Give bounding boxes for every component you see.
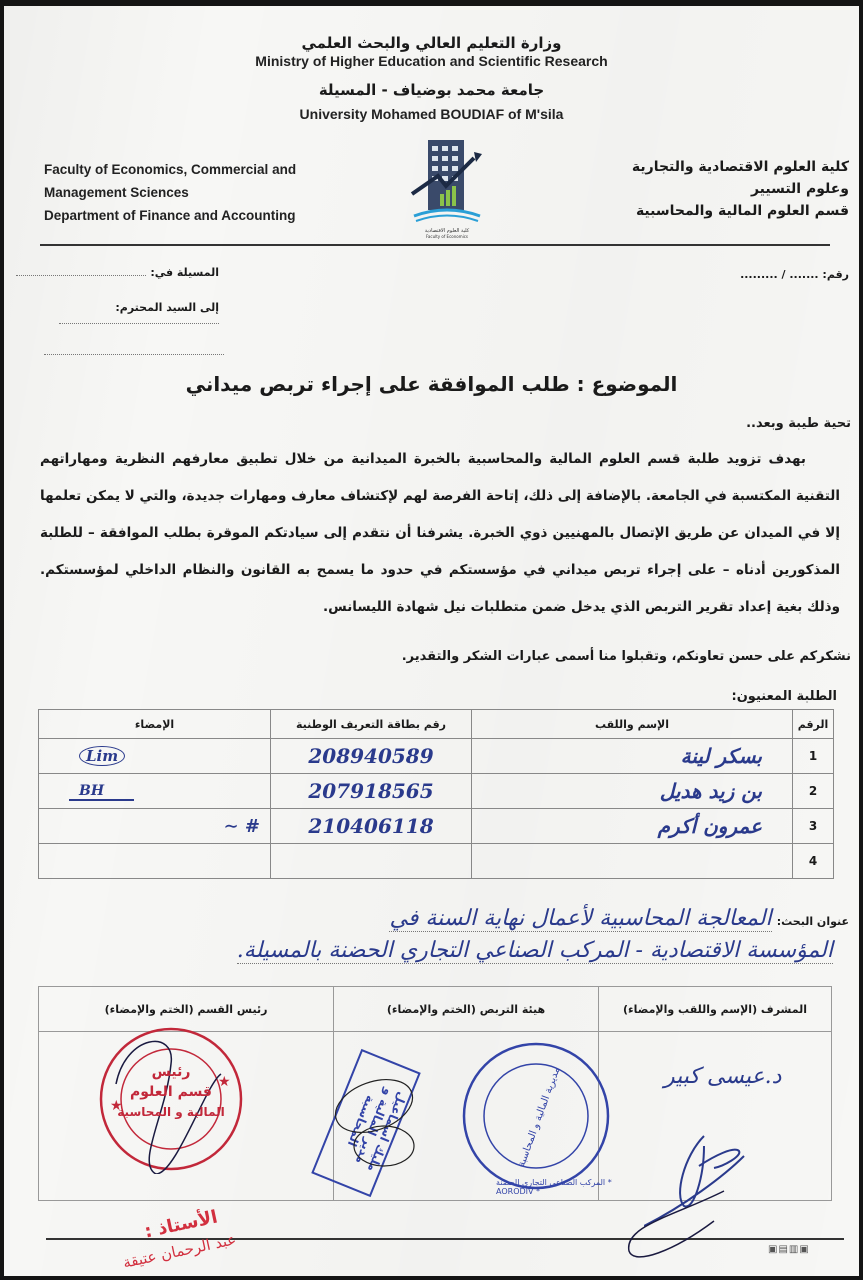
- supervisor-name: د.عيسى كبير: [664, 1064, 781, 1089]
- student-id: 207918565: [271, 774, 472, 809]
- faculty-ar-line1: كلية العلوم الاقتصادية والتجارية: [549, 156, 849, 178]
- footer-code-mark: ▣▤▥▣: [768, 1244, 810, 1255]
- header-num: الرقم: [793, 710, 834, 739]
- department-head-stamp-text: رئيس قسم العلوم المالية و المحاسبة: [96, 1062, 246, 1122]
- students-label: الطلبة المعنيون:: [732, 689, 837, 704]
- recipient-blank: [59, 323, 219, 324]
- student-id: 208940589: [271, 739, 472, 774]
- ministry-english: Ministry of Higher Education and Scienti…: [4, 53, 859, 69]
- student-signature: Lim: [39, 739, 271, 774]
- student-name: بن زيد هديل: [472, 774, 793, 809]
- faculty-en-line3: Department of Finance and Accounting: [44, 204, 296, 227]
- student-name: بسكر لينة: [472, 739, 793, 774]
- recipient-field: إلى السيد المحترم:: [4, 301, 219, 327]
- research-title-label: عنوان البحث:: [777, 915, 849, 928]
- closing-line: نشكركم على حسن تعاونكم، وتقبلوا منا أسمى…: [402, 649, 851, 664]
- university-arabic: جامعة محمد بوضياف - المسيلة: [4, 81, 859, 99]
- university-english: University Mohamed BOUDIAF of M'sila: [4, 106, 859, 122]
- header-supervisor: المشرف (الإسم واللقب والإمضاء): [599, 987, 832, 1032]
- faculty-ar-line3: قسم العلوم المالية والمحاسبية: [549, 200, 849, 222]
- place-date-label: المسيلة في:: [150, 266, 219, 279]
- table-row: 3 عمرون أكرم 210406118 # ∽: [39, 809, 834, 844]
- svg-text:Faculty of Economics: Faculty of Economics: [426, 234, 468, 239]
- faculty-english: Faculty of Economics, Commercial and Man…: [44, 158, 296, 227]
- table-row: 1 بسكر لينة 208940589 Lim: [39, 739, 834, 774]
- research-title-line1: المعالجة المحاسبية لأعمال نهاية السنة في: [389, 906, 771, 932]
- greeting: تحية طيبة وبعد..: [746, 416, 851, 431]
- table-row: 2 بن زيد هديل 207918565 BH: [39, 774, 834, 809]
- faculty-logo: كلية العلوم الاقتصادية Faculty of Econom…: [402, 136, 492, 240]
- department-head-stamp: ★ ★ رئيس قسم العلوم المالية و المحاسبة: [96, 1024, 246, 1174]
- faculty-ar-line2: وعلوم التسيير: [549, 178, 849, 200]
- svg-text:مديرية المالية و المحاسبة: مديرية المالية و المحاسبة: [516, 1066, 562, 1169]
- professor-stamp-name: عبد الرحمان عتيقة: [121, 1230, 237, 1272]
- host-round-stamp: مديرية المالية و المحاسبة المركب الصناعي…: [456, 1036, 616, 1196]
- signature-tail-icon: [614, 1186, 734, 1266]
- header-id: رقم بطاقة التعريف الوطنية: [271, 710, 472, 739]
- header-divider: [40, 244, 830, 246]
- document-page: وزارة التعليم العالي والبحث العلمي Minis…: [4, 6, 859, 1276]
- body-paragraph: بهدف تزويد طلبة قسم العلوم المالية والمح…: [40, 441, 840, 626]
- subject-title: الموضوع : طلب الموافقة على إجراء تربص مي…: [4, 372, 859, 396]
- header-host-organization: هيئة التربص (الختم والإمضاء): [334, 987, 599, 1032]
- student-name: عمرون أكرم: [472, 809, 793, 844]
- host-round-stamp-ring-text: المركب الصناعي التجاري الحضنة * AORODIV …: [496, 1178, 616, 1196]
- place-date-blank: [16, 275, 146, 276]
- research-title-line2: المؤسسة الاقتصادية - المركب الصناعي التج…: [237, 938, 833, 964]
- blue-round-stamp-icon: مديرية المالية و المحاسبة: [456, 1036, 616, 1196]
- ministry-arabic: وزارة التعليم العالي والبحث العلمي: [4, 34, 859, 52]
- students-table-header: الرقم الإسم واللقب رقم بطاقة التعريف الو…: [39, 710, 834, 739]
- faculty-en-line2: Management Sciences: [44, 181, 296, 204]
- student-signature: # ∽: [39, 809, 271, 844]
- host-signature-icon: [324, 1066, 434, 1176]
- students-table: الرقم الإسم واللقب رقم بطاقة التعريف الو…: [38, 709, 834, 879]
- reference-number-field: رقم: ....... / .........: [740, 268, 849, 281]
- research-title-field: عنوان البحث: المعالجة المحاسبية لأعمال ن…: [9, 906, 849, 931]
- faculty-en-line1: Faculty of Economics, Commercial and: [44, 158, 296, 181]
- header-name: الإسم واللقب: [472, 710, 793, 739]
- place-date-field: المسيلة في:: [16, 266, 219, 279]
- student-signature: BH: [39, 774, 271, 809]
- recipient-label: إلى السيد المحترم:: [115, 301, 219, 314]
- recipient-blank-line2: [44, 340, 224, 359]
- student-id: 210406118: [271, 809, 472, 844]
- header-signature: الإمضاء: [39, 710, 271, 739]
- building-chart-logo-icon: كلية العلوم الاقتصادية Faculty of Econom…: [402, 136, 492, 240]
- faculty-arabic: كلية العلوم الاقتصادية والتجارية وعلوم ا…: [549, 156, 849, 222]
- table-row: 4: [39, 844, 834, 879]
